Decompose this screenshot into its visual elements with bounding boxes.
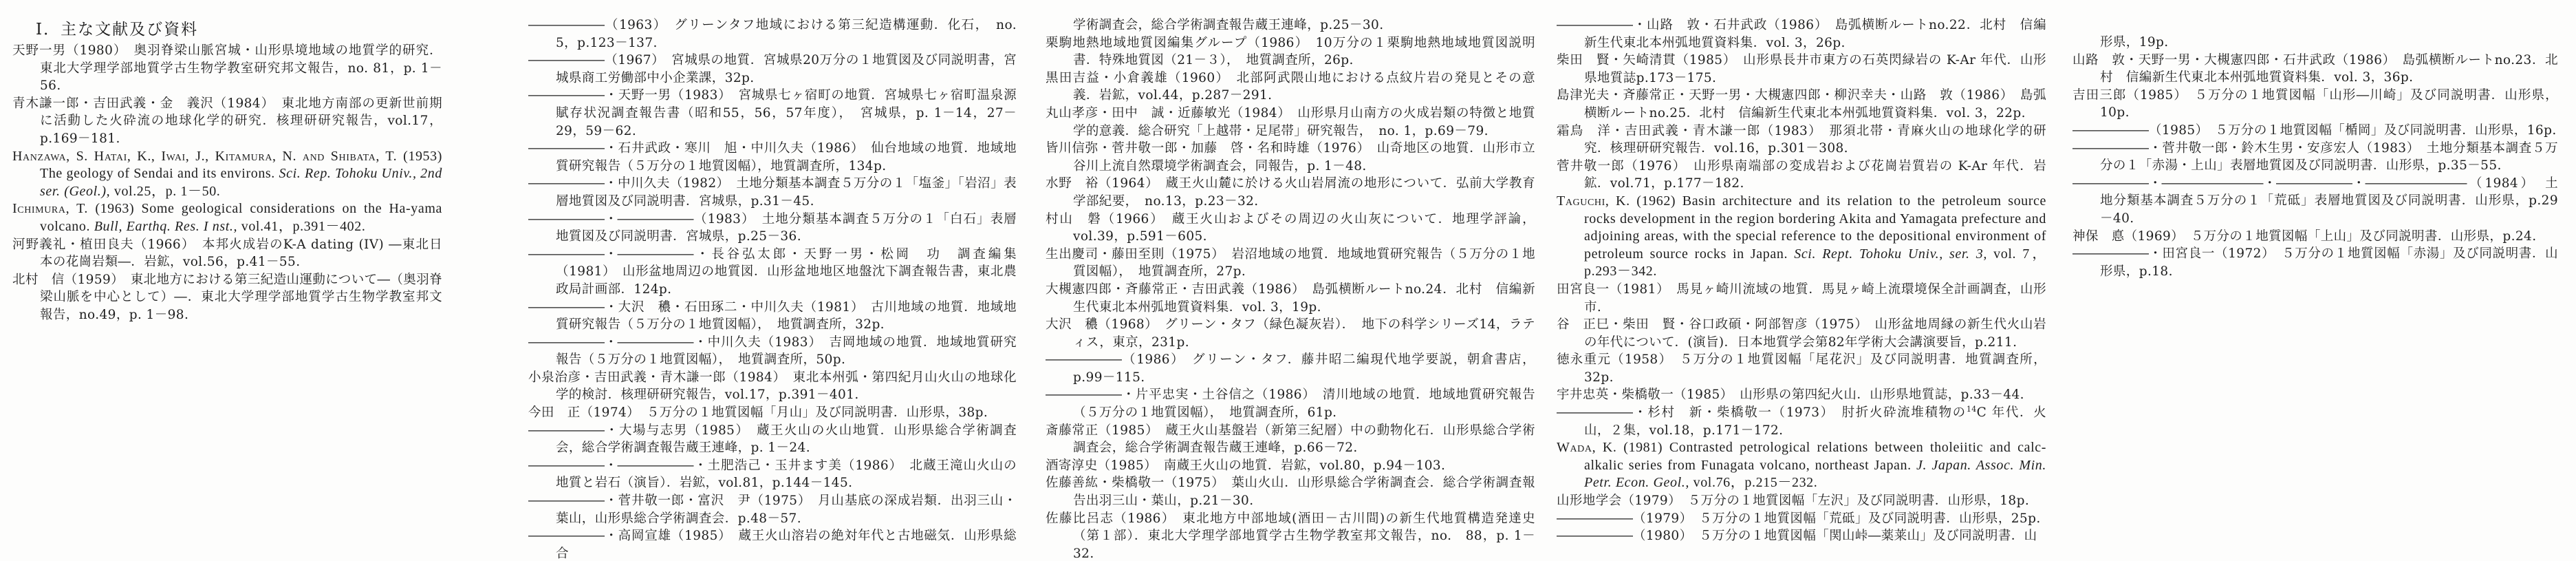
reference-entry: 佐藤善紘・柴橋敬一（1975） 葉山火山．山形県総合学術調査会．総合学術調査報告… xyxy=(1046,474,1535,509)
reference-text: ・菅井敬一郎・鈴木生男・安彦宏人（1983） 土地分類基本調査５万分の１「赤湯・… xyxy=(2100,141,2558,173)
reference-column-1: 天野一男（1980） 奥羽脊梁山脈宮城・山形県境地域の地質学的研究．東北大学理学… xyxy=(12,42,442,324)
reference-entry: ――――――・菅井敬一郎・富沢 尹（1975） 月山基底の深成岩類．出羽三山・葉… xyxy=(528,492,1017,527)
reference-entry: 青木謙一郎・吉田武義・金 義沢（1984） 東北地方南部の更新世前期に活動した火… xyxy=(12,95,442,148)
reference-authors: Taguchi, K. xyxy=(1557,193,1630,209)
reference-text: 宇井忠英・柴橋敬一（1985） 山形県の第四紀火山．山形県地質誌，p.33－44… xyxy=(1557,388,2024,402)
reference-pages: vol.41，p.391－402. xyxy=(241,219,366,234)
reference-year: (1981) xyxy=(1623,440,1663,455)
reference-entry: ――――――（1985） ５万分の１地質図幅「楯岡」及び同説明書．山形県，16p… xyxy=(2072,122,2558,140)
reference-entry: 水野 裕（1964） 蔵王火山麓に於ける火山岩屑流の地形について．弘前大学教育学… xyxy=(1046,175,1535,210)
reference-text: 小泉治彦・吉田武義・青木謙一郎（1984） 東北本州弧・第四紀月山火山の地球化学… xyxy=(528,370,1017,403)
reference-entry: 霜鳥 洋・吉田武義・青木謙一郎（1983） 那須北帯・青麻火山の地球化学的研究．… xyxy=(1557,123,2046,158)
section-title: Ⅰ．主な文献及び資料 xyxy=(36,17,198,39)
reference-text: ・高岡宣雄（1985） 蔵王火山溶岩の絶対年代と古地磁気．山形県総合 xyxy=(556,529,1017,561)
reference-text: 吉田三郎（1985） ５万分の１地質図幅「山形―川崎」及び同説明書．山形県，10… xyxy=(2072,88,2558,120)
reference-entry: ――――――・菅井敬一郎・鈴木生男・安彦宏人（1983） 土地分類基本調査５万分… xyxy=(2072,140,2558,175)
reference-authors: Ichimura, T. xyxy=(12,201,88,216)
reference-entry: ――――――・中川久夫（1982） 土地分類基本調査５万分の１「塩釜」「岩沼」表… xyxy=(528,175,1017,210)
reference-text: （1985） ５万分の１地質図幅「楯岡」及び同説明書．山形県，16p. xyxy=(2149,123,2557,138)
reference-entry: ――――――・片平忠実・土谷信之（1986） 清川地域の地質．地域地質研究報告（… xyxy=(1046,386,1535,421)
reference-entry: ――――――（1979） ５万分の１地質図幅「荒砥」及び同説明書．山形県，25p… xyxy=(1557,510,2046,528)
reference-entry: ――――――・田宮良一（1972） ５万分の１地質図幅「赤湯」及び同説明書．山形… xyxy=(2072,245,2558,280)
reference-text: 皆川信弥・菅井敬一郎・加藤 啓・名和時雄（1976） 山奇地区の地質．山形市立谷… xyxy=(1046,141,1535,173)
reference-column-4: ――――――・山路 敦・石井武政（1986） 島弧横断ルートno.22．北村 信… xyxy=(1557,17,2046,545)
reference-entry: 山路 敦・天野一男・大槻憲四郎・石井武政（1986） 島弧横断ルートno.23．… xyxy=(2072,52,2558,87)
reference-entry: 山形地学会（1979） ５万分の１地質図幅「左沢」及び同説明書．山形県，18p. xyxy=(1557,492,2046,510)
same-author-dash: ――――――・―――――― xyxy=(528,457,694,475)
reference-entry: ――――――（1967） 宮城県の地質．宮城県20万分の１地質図及び同説明書，宮… xyxy=(528,52,1017,87)
same-author-dash: ―――――― xyxy=(2072,122,2149,140)
reference-entry: 小泉治彦・吉田武義・青木謙一郎（1984） 東北本州弧・第四紀月山火山の地球化学… xyxy=(528,369,1017,404)
reference-entry: ――――――・山路 敦・石井武政（1986） 島弧横断ルートno.22．北村 信… xyxy=(1557,17,2046,52)
reference-text: 佐藤比呂志（1986） 東北地方中部地域(酒田－古川間)の新生代地質構造発達史（… xyxy=(1046,511,1535,561)
reference-text: （1986） グリーン・タフ．藤井昭二編現代地学要説，朝倉書店，p.99－115… xyxy=(1073,352,1535,385)
reference-entry: ――――――・――――――（1983） 土地分類基本調査５万分の１「白石」表層地… xyxy=(528,211,1017,246)
reference-entry: 今田 正（1974） ５万分の１地質図幅「月山」及び同説明書．山形県，38p. xyxy=(528,404,1017,422)
reference-entry: Taguchi, K. (1962) Basin architecture an… xyxy=(1557,193,2046,281)
same-author-dash: ――――――・―――――― xyxy=(528,246,694,264)
reference-text: 山形地学会（1979） ５万分の１地質図幅「左沢」及び同説明書．山形県，18p. xyxy=(1557,494,2029,508)
reference-text: 斎藤常正（1985） 蔵王火山基盤岩（新第三紀層）中の動物化石．山形県総合学術調… xyxy=(1046,423,1535,456)
same-author-dash: ―――――― xyxy=(528,299,605,317)
reference-entry: 皆川信弥・菅井敬一郎・加藤 啓・名和時雄（1976） 山奇地区の地質．山形市立谷… xyxy=(1046,140,1535,175)
reference-entry: 佐藤比呂志（1986） 東北地方中部地域(酒田－古川間)の新生代地質構造発達史（… xyxy=(1046,510,1535,561)
reference-pages: vol.76，p.215－232. xyxy=(1693,475,1818,490)
reference-text: ・大沢 穠・石田琢二・中川久夫（1981） 古川地域の地質．地域地質研究報告（５… xyxy=(556,300,1017,332)
reference-title: The geology of Sendai and its environs. xyxy=(40,166,275,181)
reference-text: 菅井敬一郎（1976） 山形県南端部の変成岩および花崗岩質岩の K-Ar 年代．… xyxy=(1557,159,2046,191)
reference-entry: 徳永重元（1958） ５万分の１地質図幅「尾花沢」及び同説明書．地質調査所，32… xyxy=(1557,351,2046,386)
reference-continuation: 学術調査会，総合学術調査報告蔵王連峰，p.25－30. xyxy=(1046,17,1535,34)
same-author-dash: ―――――― xyxy=(528,52,605,70)
reference-entry: 田宮良一（1981） 馬見ヶ崎川流域の地質．馬見ヶ崎上流環境保全計画調査，山形市… xyxy=(1557,281,2046,316)
reference-entry: ――――――・――――――――・――――――・――――――――（1984） 土地… xyxy=(2072,175,2558,228)
reference-text: （1963） グリーンタフ地域における第三紀造構運動．化石， no. 5，p.1… xyxy=(556,18,1017,50)
reference-text: ・大場与志男（1985） 蔵王火山の火山地質．山形県総合学術調査会，総合学術調査… xyxy=(556,423,1017,456)
same-author-dash: ―――――― xyxy=(528,175,605,193)
reference-entry: 酒寄淳史（1985） 南蔵王火山の地質．岩鉱，vol.80，p.94－103. xyxy=(1046,457,1535,475)
reference-text: 柴田 賢・矢崎清貫（1985） 山形県長井市東方の石英閃緑岩の K-Ar 年代．… xyxy=(1557,53,2046,85)
same-author-dash: ―――――― xyxy=(528,527,605,545)
same-author-dash: ―――――― xyxy=(1557,17,1633,34)
same-author-dash: ―――――― xyxy=(1557,404,1633,422)
reference-entry: 大沢 穠（1968） グリーン・タフ（緑色凝灰岩）． 地下の科学シリーズ14，ラ… xyxy=(1046,316,1535,351)
reference-entry: ――――――・大場与志男（1985） 蔵王火山の火山地質．山形県総合学術調査会，… xyxy=(528,422,1017,457)
reference-entry: 吉田三郎（1985） ５万分の１地質図幅「山形―川崎」及び同説明書．山形県，10… xyxy=(2072,87,2558,122)
same-author-dash: ――――――・――――――――・――――――・―――――――― xyxy=(2072,175,2467,193)
reference-text: 栗駒地熱地域地質図編集グループ（1986） 10万分の１栗駒地熱地域地質図説明書… xyxy=(1046,36,1535,68)
reference-text: 大槻憲四郎・斉藤常正・吉田武義（1986） 島弧横断ルートno.24．北村 信編… xyxy=(1046,282,1535,315)
reference-text: （1979） ５万分の１地質図幅「荒砥」及び同説明書．山形県，25p. xyxy=(1633,511,2041,526)
reference-text: ・菅井敬一郎・富沢 尹（1975） 月山基底の深成岩類．出羽三山・葉山，山形県総… xyxy=(556,494,1017,526)
reference-year: (1963) xyxy=(95,201,134,216)
reference-text: 大沢 穠（1968） グリーン・タフ（緑色凝灰岩）． 地下の科学シリーズ14，ラ… xyxy=(1046,317,1535,350)
reference-pages: vol.25，p. 1－50. xyxy=(114,184,221,199)
reference-entry: 斎藤常正（1985） 蔵王火山基盤岩（新第三紀層）中の動物化石．山形県総合学術調… xyxy=(1046,422,1535,457)
reference-year: (1953) xyxy=(403,149,442,164)
reference-column-5: 形県，19p.山路 敦・天野一男・大槻憲四郎・石井武政（1986） 島弧横断ルー… xyxy=(2072,34,2558,280)
same-author-dash: ―――――― xyxy=(1046,351,1122,369)
reference-text: 田宮良一（1981） 馬見ヶ崎川流域の地質．馬見ヶ崎上流環境保全計画調査，山形市… xyxy=(1557,282,2046,315)
reference-entry: 島津光夫・斉藤常正・天野一男・大槻憲四郎・柳沢幸夫・山路 敦（1986） 島弧横… xyxy=(1557,87,2046,122)
same-author-dash: ――――――・―――――― xyxy=(528,211,694,229)
reference-text: （1967） 宮城県の地質．宮城県20万分の１地質図及び同説明書，宮城県商工労働… xyxy=(556,53,1017,85)
reference-entry: 大槻憲四郎・斉藤常正・吉田武義（1986） 島弧横断ルートno.24．北村 信編… xyxy=(1046,281,1535,316)
reference-text: 村山 磐（1966） 蔵王火山およびその周辺の火山灰について．地理学評論，vol… xyxy=(1046,212,1535,244)
same-author-dash: ――――――・―――――― xyxy=(528,334,694,352)
reference-entry: Ichimura, T. (1963) Some geological cons… xyxy=(12,200,442,235)
reference-entry: Wada, K. (1981) Contrasted petrological … xyxy=(1557,439,2046,492)
reference-year: (1962) xyxy=(1636,193,1676,209)
reference-text: 徳永重元（1958） ５万分の１地質図幅「尾花沢」及び同説明書．地質調査所，32… xyxy=(1557,352,2046,385)
reference-text: ・田宮良一（1972） ５万分の１地質図幅「赤湯」及び同説明書．山形県，p.18… xyxy=(2100,246,2558,279)
reference-text: ・天野一男（1983） 宮城県七ヶ宿町の地質．宮城県七ヶ宿町温泉源賦存状況調査報… xyxy=(556,88,1017,138)
reference-entry: ――――――・――――――・中川久夫（1983） 吉岡地域の地質．地域地質研究報… xyxy=(528,334,1017,369)
reference-entry: ――――――・――――――・土肥浩己・玉井ます美（1986） 北蔵王滝山火山の地… xyxy=(528,457,1017,492)
reference-entry: ――――――・石井武政・寒川 旭・中川久夫（1986） 仙台地域の地質．地域地質… xyxy=(528,140,1017,175)
reference-entry: 神保 悳（1969） ５万分の１地質図幅「上山」及び同説明書．山形県，p.24. xyxy=(2072,228,2558,246)
reference-entry: 谷 正巳・柴田 賢・谷口政碩・阿部智彦（1975） 山形盆地周縁の新生代火山岩の… xyxy=(1557,316,2046,351)
isotope-superscript: 14 xyxy=(1967,405,1977,414)
reference-text: 霜鳥 洋・吉田武義・青木謙一郎（1983） 那須北帯・青麻火山の地球化学的研究．… xyxy=(1557,124,2046,156)
reference-entry: Hanzawa, S. Hatai, K., Iwai, J., Kitamur… xyxy=(12,148,442,201)
reference-entry: 菅井敬一郎（1976） 山形県南端部の変成岩および花崗岩質岩の K-Ar 年代．… xyxy=(1557,158,2046,193)
reference-entry: ――――――・――――――・長谷弘太郎・天野一男・松岡 功 調査編集（1981）… xyxy=(528,246,1017,299)
same-author-dash: ―――――― xyxy=(528,140,605,158)
reference-entry: 天野一男（1980） 奥羽脊梁山脈宮城・山形県境地域の地質学的研究．東北大学理学… xyxy=(12,42,442,95)
reference-entry: 村山 磐（1966） 蔵王火山およびその周辺の火山灰について．地理学評論，vol… xyxy=(1046,211,1535,246)
same-author-dash: ―――――― xyxy=(528,422,605,440)
reference-column-3: 学術調査会，総合学術調査報告蔵王連峰，p.25－30.栗駒地熱地域地質図編集グル… xyxy=(1046,17,1535,561)
same-author-dash: ―――――― xyxy=(2072,245,2149,263)
reference-text: 酒寄淳史（1985） 南蔵王火山の地質．岩鉱，vol.80，p.94－103. xyxy=(1046,458,1445,473)
reference-entry: 河野義礼・植田良夫（1966） 本邦火成岩のK-A dating (IV) ―東… xyxy=(12,236,442,271)
reference-continuation: 形県，19p. xyxy=(2072,34,2558,52)
reference-text: 生出慶司・藤田至則（1975） 岩沼地域の地質．地域地質研究報告（５万分の１地質… xyxy=(1046,247,1535,279)
reference-text: 形県，19p. xyxy=(2100,35,2169,50)
reference-entry: 柴田 賢・矢崎清貫（1985） 山形県長井市東方の石英閃緑岩の K-Ar 年代．… xyxy=(1557,52,2046,87)
reference-text: 丸山孝彦・田中 誠・近藤敏光（1984） 山形県月山南方の火成岩類の特徴と地質学… xyxy=(1046,106,1535,138)
reference-text: 天野一男（1980） 奥羽脊梁山脈宮城・山形県境地域の地質学的研究．東北大学理学… xyxy=(12,43,442,93)
reference-text: （1980） ５万分の１地質図幅「関山峠―薬莱山」及び同説明書．山 xyxy=(1633,529,2037,543)
same-author-dash: ―――――― xyxy=(528,492,605,510)
reference-entry: ――――――（1980） ５万分の１地質図幅「関山峠―薬莱山」及び同説明書．山 xyxy=(1557,527,2046,545)
reference-entry: 宇井忠英・柴橋敬一（1985） 山形県の第四紀火山．山形県地質誌，p.33－44… xyxy=(1557,386,2046,404)
reference-text: 神保 悳（1969） ５万分の１地質図幅「上山」及び同説明書．山形県，p.24. xyxy=(2072,229,2536,244)
reference-text: ・山路 敦・石井武政（1986） 島弧横断ルートno.22．北村 信編新生代東北… xyxy=(1584,18,2046,50)
reference-entry: 北村 信（1959） 東北地方における第三紀造山運動について―（奥羽脊梁山脈を中… xyxy=(12,271,442,324)
reference-authors: Hanzawa, S. Hatai, K., Iwai, J., Kitamur… xyxy=(12,149,397,164)
same-author-dash: ―――――― xyxy=(1046,386,1122,404)
same-author-dash: ―――――― xyxy=(1557,510,1633,528)
same-author-dash: ―――――― xyxy=(528,17,605,34)
reference-text: ・中川久夫（1982） 土地分類基本調査５万分の１「塩釜」「岩沼」表層地質図及び… xyxy=(556,176,1017,209)
reference-authors: Wada, K. xyxy=(1557,440,1617,455)
reference-entry: ――――――（1963） グリーンタフ地域における第三紀造構運動．化石， no.… xyxy=(528,17,1017,52)
reference-text: 山路 敦・天野一男・大槻憲四郎・石井武政（1986） 島弧横断ルートno.23．… xyxy=(2072,53,2558,85)
reference-entry: ――――――・大沢 穠・石田琢二・中川久夫（1981） 古川地域の地質．地域地質… xyxy=(528,299,1017,334)
reference-journal: Sci. Rept. Tohoku Univ., ser. 3, xyxy=(1794,246,1987,262)
reference-entry: ――――――・杉村 新・柴橋敬一（1973） 肘折火砕流堆積物の14C 年代．火… xyxy=(1557,404,2046,439)
reference-entry: ――――――（1986） グリーン・タフ．藤井昭二編現代地学要説，朝倉書店，p.… xyxy=(1046,351,1535,386)
reference-entry: ――――――・天野一男（1983） 宮城県七ヶ宿町の地質．宮城県七ヶ宿町温泉源賦… xyxy=(528,87,1017,140)
reference-text: 島津光夫・斉藤常正・天野一男・大槻憲四郎・柳沢幸夫・山路 敦（1986） 島弧横… xyxy=(1557,88,2046,120)
reference-text: 佐藤善紘・柴橋敬一（1975） 葉山火山．山形県総合学術調査会．総合学術調査報告… xyxy=(1046,476,1535,508)
reference-text: 北村 信（1959） 東北地方における第三紀造山運動について―（奥羽脊梁山脈を中… xyxy=(12,273,442,322)
reference-text: 学術調査会，総合学術調査報告蔵王連峰，p.25－30. xyxy=(1073,18,1384,32)
reference-text: ・杉村 新・柴橋敬一（1973） 肘折火砕流堆積物の xyxy=(1633,405,1967,420)
same-author-dash: ―――――― xyxy=(2072,140,2149,158)
reference-text: 青木謙一郎・吉田武義・金 義沢（1984） 東北地方南部の更新世前期に活動した火… xyxy=(12,96,442,146)
reference-text: 谷 正巳・柴田 賢・谷口政碩・阿部智彦（1975） 山形盆地周縁の新生代火山岩の… xyxy=(1557,317,2046,350)
reference-column-2: ――――――（1963） グリーンタフ地域における第三紀造構運動．化石， no.… xyxy=(528,17,1017,561)
reference-text: ・石井武政・寒川 旭・中川久夫（1986） 仙台地域の地質．地域地質研究報告（５… xyxy=(556,141,1017,173)
reference-entry: 丸山孝彦・田中 誠・近藤敏光（1984） 山形県月山南方の火成岩類の特徴と地質学… xyxy=(1046,105,1535,140)
reference-text: 黒田吉益・小倉義雄（1960） 北部阿武隈山地における点紋片岩の発見とその意義．… xyxy=(1046,71,1535,103)
reference-entry: 生出慶司・藤田至則（1975） 岩沼地域の地質．地域地質研究報告（５万分の１地質… xyxy=(1046,246,1535,281)
reference-entry: ――――――・高岡宣雄（1985） 蔵王火山溶岩の絶対年代と古地磁気．山形県総合 xyxy=(528,527,1017,561)
same-author-dash: ―――――― xyxy=(1557,527,1633,545)
reference-entry: 黒田吉益・小倉義雄（1960） 北部阿武隈山地における点紋片岩の発見とその意義．… xyxy=(1046,70,1535,105)
reference-entry: 栗駒地熱地域地質図編集グループ（1986） 10万分の１栗駒地熱地域地質図説明書… xyxy=(1046,34,1535,70)
same-author-dash: ―――――― xyxy=(528,87,605,105)
reference-text: ・片平忠実・土谷信之（1986） 清川地域の地質．地域地質研究報告（５万分の１地… xyxy=(1073,388,1535,420)
reference-text: 河野義礼・植田良夫（1966） 本邦火成岩のK-A dating (IV) ―東… xyxy=(12,237,442,270)
reference-text: 今田 正（1974） ５万分の１地質図幅「月山」及び同説明書．山形県，38p. xyxy=(528,405,988,420)
reference-text: 水野 裕（1964） 蔵王火山麓に於ける火山岩屑流の地形について．弘前大学教育学… xyxy=(1046,176,1535,209)
document-page: Ⅰ．主な文献及び資料 天野一男（1980） 奥羽脊梁山脈宮城・山形県境地域の地質… xyxy=(0,0,2576,561)
reference-journal: Bull, Earthq. Res. I nst., xyxy=(94,219,237,234)
